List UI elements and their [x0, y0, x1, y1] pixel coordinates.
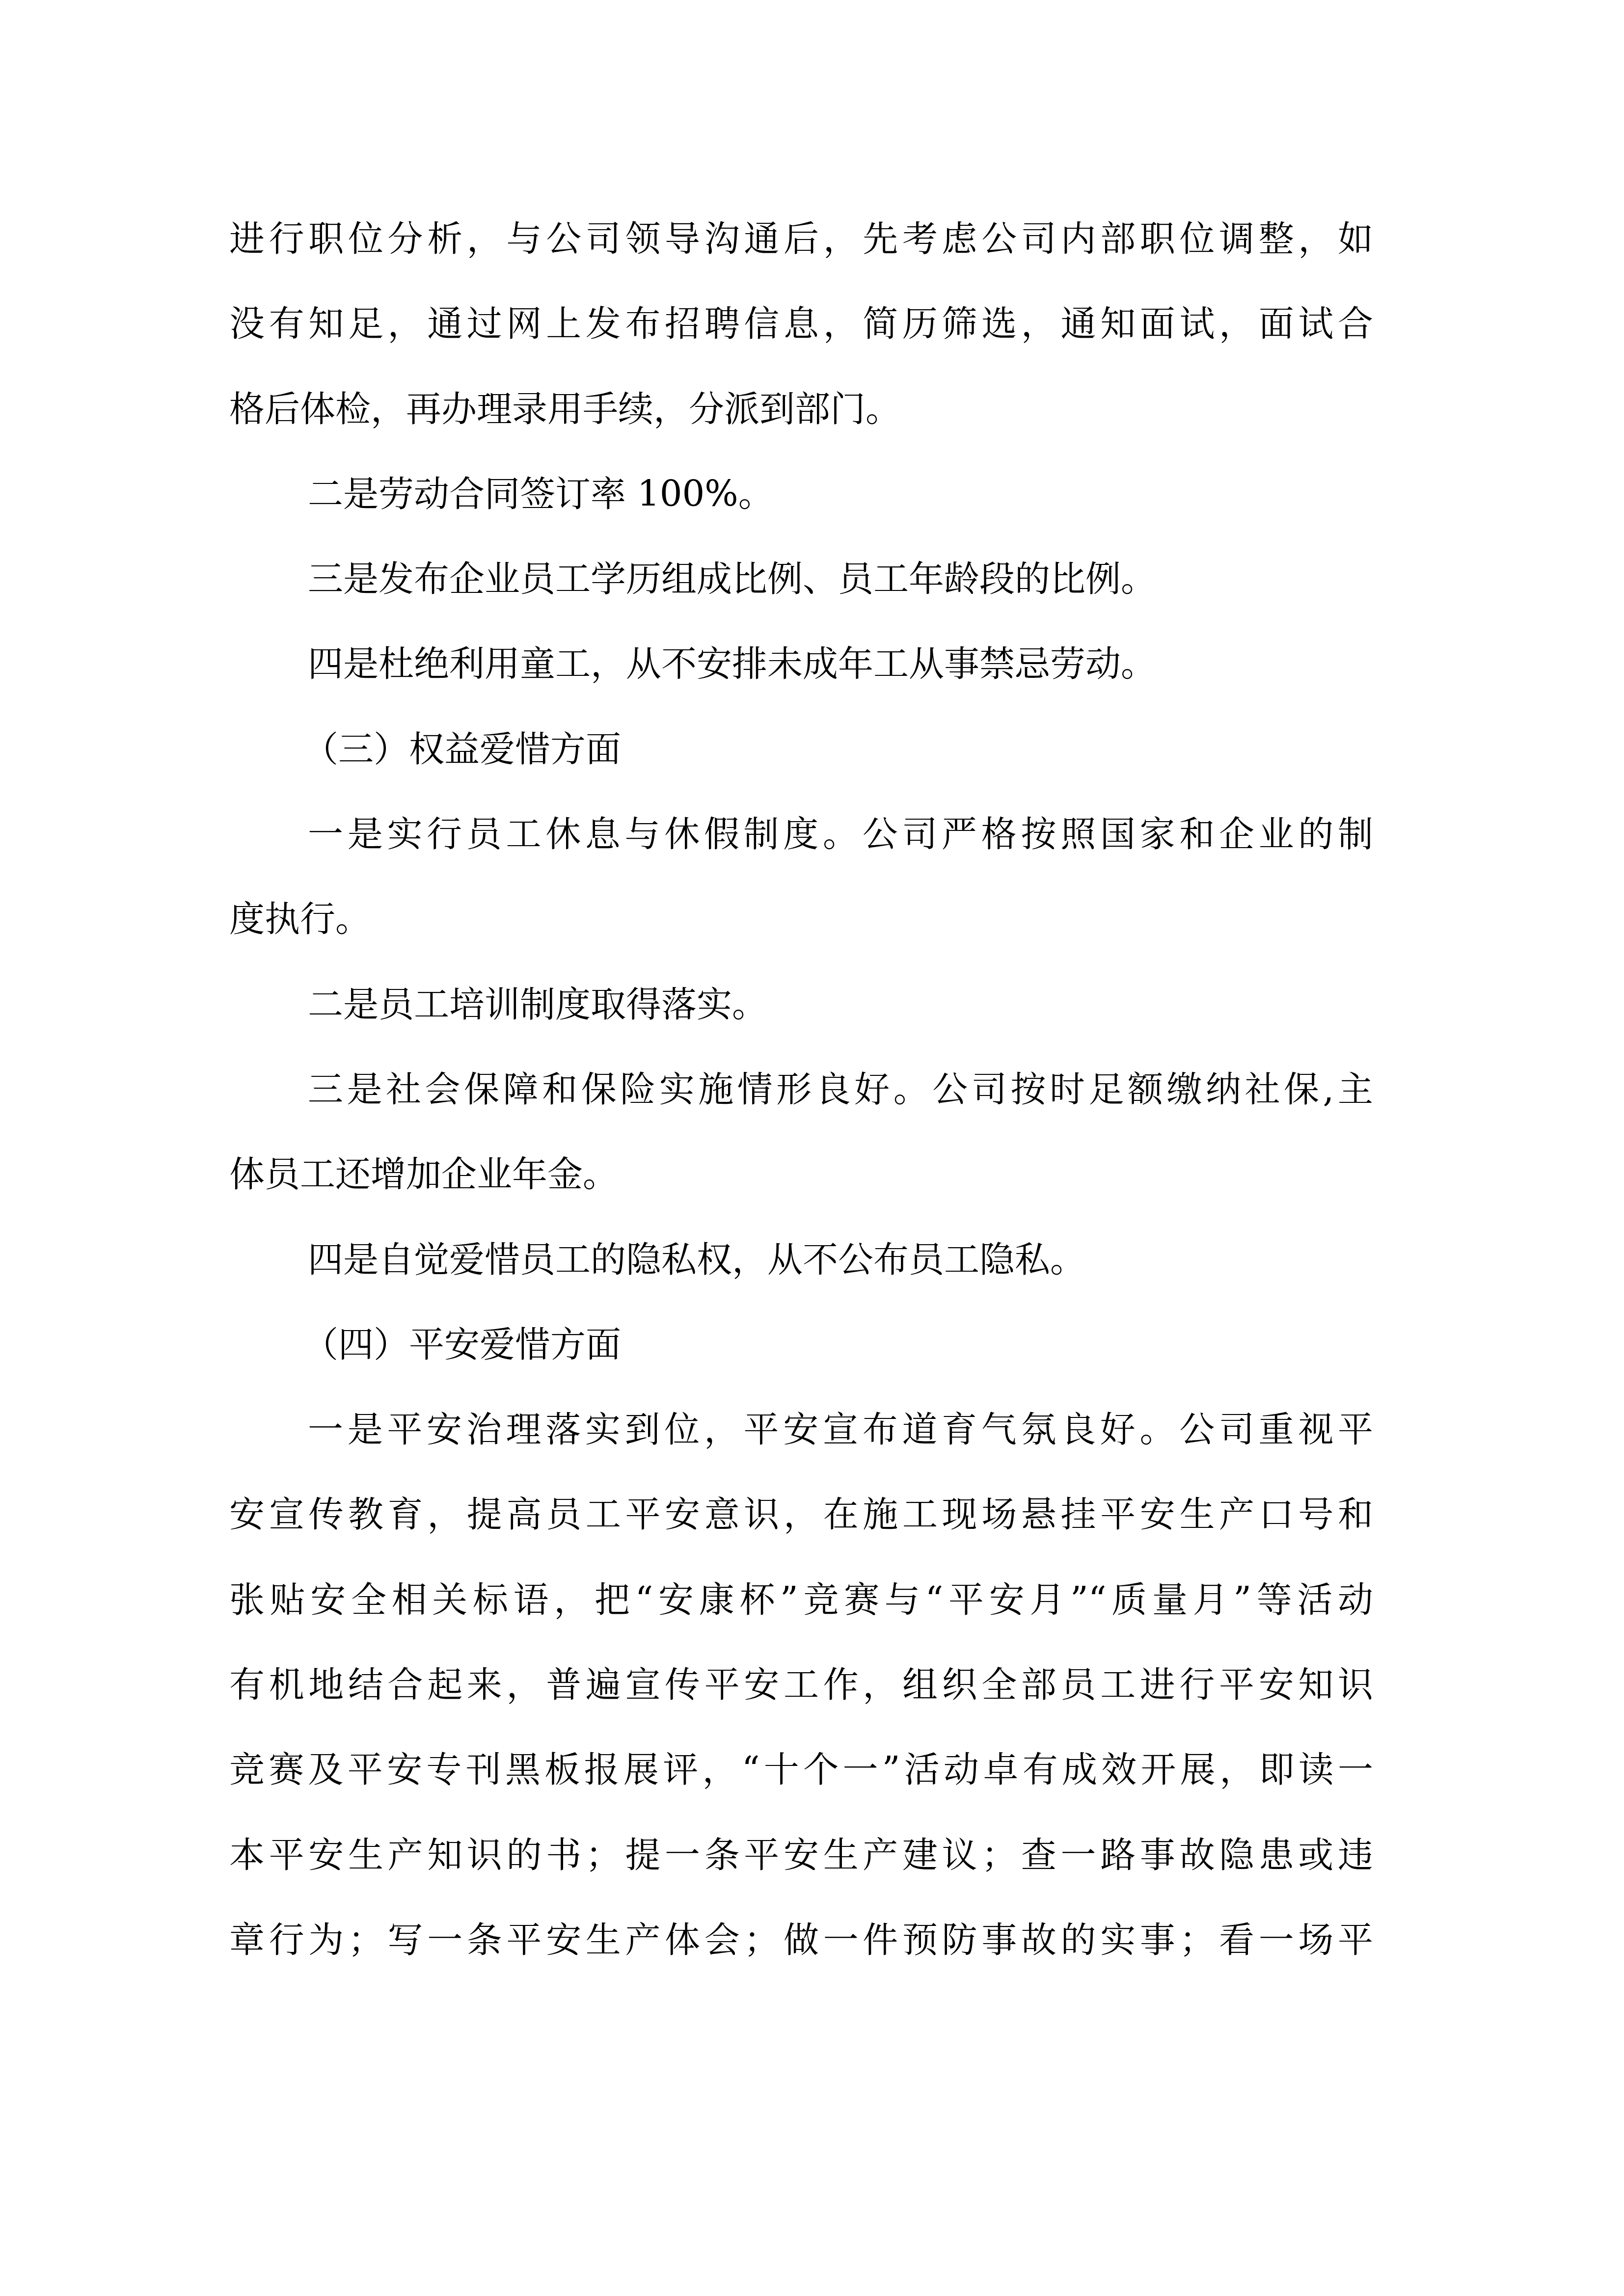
paragraph-training: 二是员工培训制度取得落实。: [229, 980, 1373, 1065]
paragraph-rest-leave: 一是实行员工休息与休假制度。公司严格按照国家和企业的制: [229, 809, 1373, 894]
paragraph-safety-management: 一是平安治理落实到位，平安宣布道育气氛良好。公司重视平: [229, 1405, 1373, 1490]
paragraph-social-security: 三是社会保障和保险实施情形良好。公司按时足额缴纳社保,主: [229, 1065, 1373, 1149]
body-text-line: 度执行。: [229, 894, 1373, 979]
section-heading-rights: （三）权益爱惜方面: [229, 724, 1373, 809]
paragraph-child-labor: 四是杜绝利用童工，从不安排未成年工从事禁忌劳动。: [229, 639, 1373, 724]
body-text-line: 张贴安全相关标语，把“安康杯”竞赛与“平安月”“质量月”等活动: [229, 1575, 1373, 1660]
body-text-line: 本平安生产知识的书；提一条平安生产建议；查一路事故隐患或违: [229, 1830, 1373, 1915]
body-text-line: 安宣传教育，提高员工平安意识，在施工现场悬挂平安生产口号和: [229, 1490, 1373, 1575]
body-text-line: 格后体检，再办理录用手续，分派到部门。: [229, 384, 1373, 469]
body-text-line: 体员工还增加企业年金。: [229, 1149, 1373, 1234]
body-text-line: 竞赛及平安专刊黑板报展评，“十个一”活动卓有成效开展，即读一: [229, 1745, 1373, 1830]
paragraph-contract-rate: 二是劳动合同签订率 100%。: [229, 469, 1373, 554]
body-text-line: 章行为；写一条平安生产体会；做一件预防事故的实事；看一场平: [229, 1915, 1373, 2000]
paragraph-publish-ratio: 三是发布企业员工学历组成比例、员工年龄段的比例。: [229, 554, 1373, 639]
paragraph-privacy: 四是自觉爱惜员工的隐私权，从不公布员工隐私。: [229, 1235, 1373, 1320]
body-text-line: 没有知足，通过网上发布招聘信息，简历筛选，通知面试，面试合: [229, 299, 1373, 384]
document-page: 进行职位分析，与公司领导沟通后，先考虑公司内部职位调整，如 没有知足，通过网上发…: [0, 0, 1624, 2296]
section-heading-safety: （四）平安爱惜方面: [229, 1320, 1373, 1405]
body-text-line: 有机地结合起来，普遍宣传平安工作，组织全部员工进行平安知识: [229, 1660, 1373, 1745]
body-text-line: 进行职位分析，与公司领导沟通后，先考虑公司内部职位调整，如: [229, 214, 1373, 299]
document-body: 进行职位分析，与公司领导沟通后，先考虑公司内部职位调整，如 没有知足，通过网上发…: [229, 214, 1373, 2000]
